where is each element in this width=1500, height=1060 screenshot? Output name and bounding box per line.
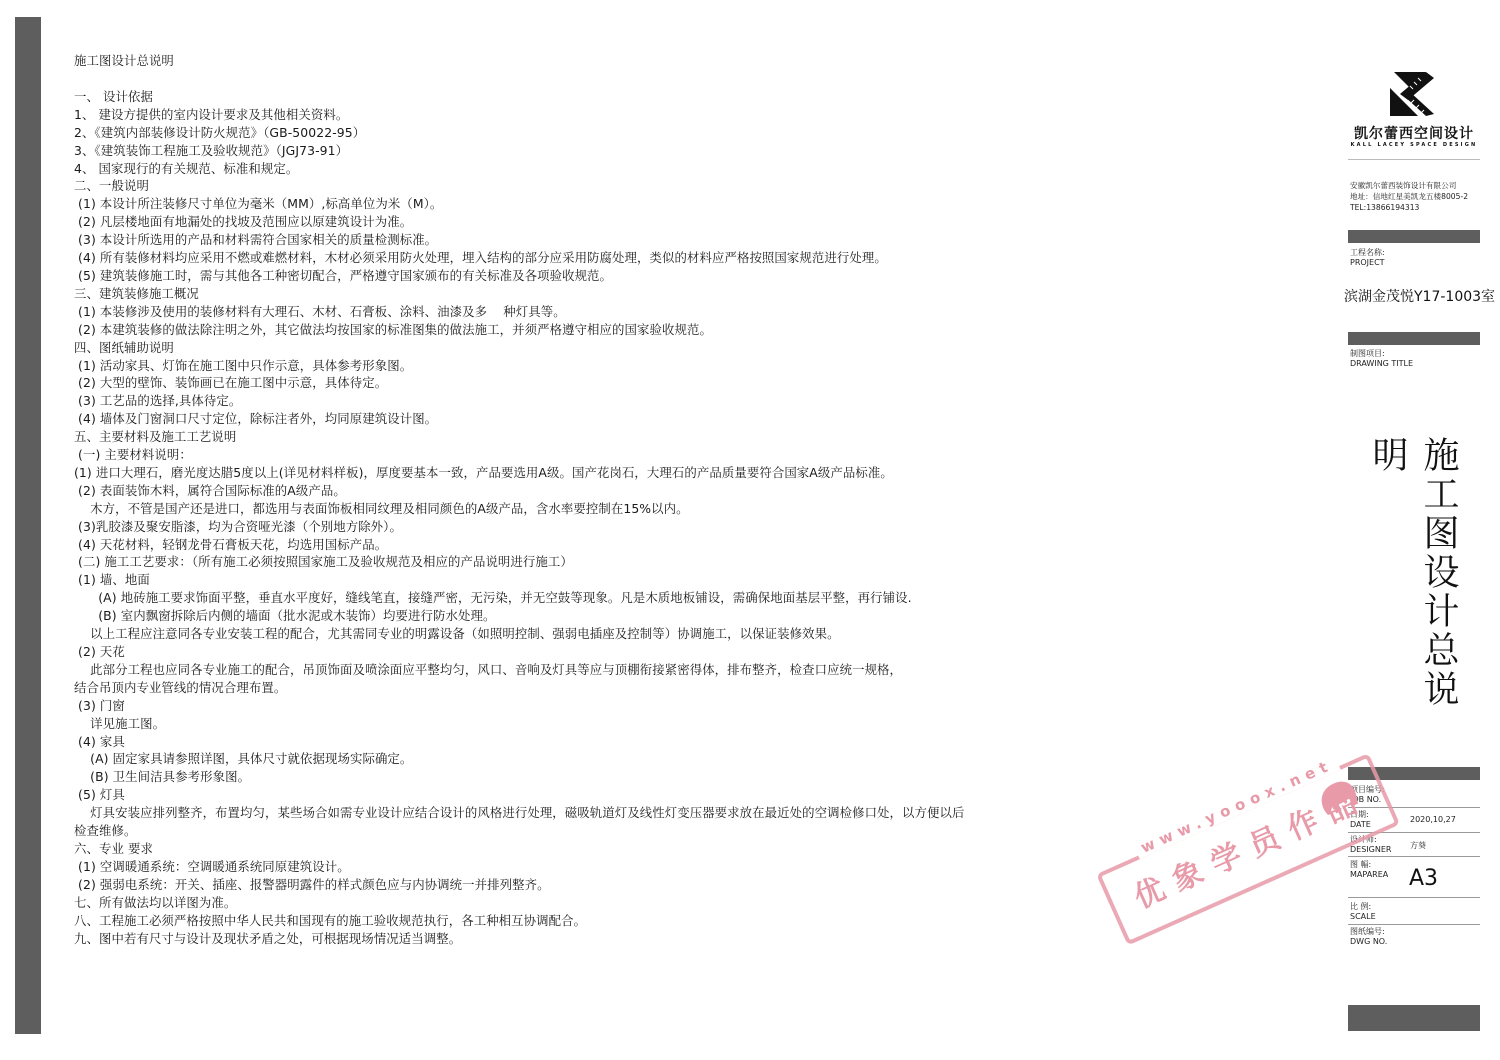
note-line: (一) 主要材料说明： — [74, 446, 1074, 464]
notes-list: 一、 设计依据1、 建设方提供的室内设计要求及其他相关资料。2、《建筑内部装修设… — [74, 88, 1074, 948]
k-ruler-logo-icon — [1388, 70, 1436, 118]
note-line: (2) 天花 — [74, 643, 1074, 661]
maparea-label: 图 幅: MAPAREA — [1350, 860, 1388, 880]
scale-label-en: SCALE — [1350, 912, 1376, 922]
project-label-cn: 工程名称: — [1350, 248, 1385, 258]
note-line: (3) 本设计所选用的产品和材料需符合国家相关的质量检测标准。 — [74, 231, 1074, 249]
dwg-no-label: 图纸编号: DWG NO. — [1350, 927, 1387, 947]
date-value: 2020,10,27 — [1410, 815, 1456, 824]
note-line: (3)乳胶漆及聚安脂漆，均为合资哑光漆（个别地方除外）。 — [74, 518, 1074, 536]
note-line: 结合吊顶内专业管线的情况合理布置。 — [74, 679, 1074, 697]
company-logo-english: KALL LACEY SPACE DESIGN — [1348, 142, 1480, 148]
note-line: 五、主要材料及施工工艺说明 — [74, 428, 1074, 446]
note-line: 此部分工程也应同各专业施工的配合，吊顶饰面及喷涂面应平整均匀，风口、音响及灯具等… — [74, 661, 1074, 679]
note-line: 以上工程应注意同各专业安装工程的配合，尤其需同专业的明露设备（如照明控制、强弱电… — [74, 625, 1074, 643]
note-line: 九、图中若有尺寸与设计及现状矛盾之处，可根据现场情况适当调整。 — [74, 930, 1074, 948]
note-line: (A) 地砖施工要求饰面平整，垂直水平度好，缝线笔直，接缝严密，无污染，并无空鼓… — [74, 589, 1074, 607]
note-line: (1) 本装修涉及使用的装修材料有大理石、木材、石膏板、涂料、油漆及多 种灯具等… — [74, 303, 1074, 321]
note-line: 4、 国家现行的有关规范、标准和规定。 — [74, 160, 1074, 178]
company-logo-name: 凯尔蕾西空间设计 — [1348, 123, 1480, 143]
section-bar — [1348, 1005, 1480, 1031]
note-line: 八、工程施工必须严格按照中华人民共和国现有的施工验收规范执行，各工种相互协调配合… — [74, 912, 1074, 930]
note-line: (1) 活动家具、灯饰在施工图中只作示意，具体参考形象图。 — [74, 357, 1074, 375]
note-line: 二、一般说明 — [74, 177, 1074, 195]
note-line: (二) 施工工艺要求：（所有施工必须按照国家施工及验收规范及相应的产品说明进行施… — [74, 553, 1074, 571]
divider — [1348, 897, 1480, 898]
note-line: 检查维修。 — [74, 822, 1074, 840]
designer-label-en: DESIGNER — [1350, 845, 1391, 855]
note-line: (2) 大型的壁饰、装饰画已在施工图中示意，具体待定。 — [74, 374, 1074, 392]
note-line: (2) 表面装饰木料，属符合国际标准的A级产品。 — [74, 482, 1074, 500]
design-notes: 施工图设计总说明 一、 设计依据1、 建设方提供的室内设计要求及其他相关资料。2… — [74, 52, 1074, 947]
drawing-title-label-en: DRAWING TITLE — [1350, 359, 1413, 369]
divider — [1348, 924, 1480, 925]
company-name: 安徽凯尔蕾西装饰设计有限公司 — [1350, 180, 1468, 191]
dwg-no-label-en: DWG NO. — [1350, 937, 1387, 947]
note-line: (1) 本设计所注装修尺寸单位为毫米（MM）,标高单位为米（M）。 — [74, 195, 1074, 213]
divider — [1348, 159, 1480, 160]
note-line: 四、图纸辅助说明 — [74, 339, 1074, 357]
scale-label: 比 例: SCALE — [1350, 902, 1376, 922]
note-line: 七、所有做法均以详图为准。 — [74, 894, 1074, 912]
title-block: 凯尔蕾西空间设计 KALL LACEY SPACE DESIGN 安徽凯尔蕾西装… — [1348, 0, 1480, 1060]
note-line: (2) 强弱电系统：开关、插座、报警器明露件的样式颜色应与内协调统一并排列整齐。 — [74, 876, 1074, 894]
company-tel: TEL:13866194313 — [1350, 202, 1468, 213]
note-line: 一、 设计依据 — [74, 88, 1074, 106]
note-line: (4) 家具 — [74, 733, 1074, 751]
company-info: 安徽凯尔蕾西装饰设计有限公司 地址：信地红星美凯龙五楼8005-2 TEL:13… — [1350, 180, 1468, 213]
note-line: 灯具安装应排列整齐，布置均匀，某些场合如需专业设计应结合设计的风格进行处理，磁吸… — [74, 804, 1074, 822]
note-line: (2) 本建筑装修的做法除注明之外，其它做法均按国家的标准图集的做法施工，并须严… — [74, 321, 1074, 339]
note-line: 2、《建筑内部装修设计防火规范》（GB-50022-95） — [74, 124, 1074, 142]
note-line: (B) 室内飘窗拆除后内侧的墙面（批水泥或木装饰）均要进行防水处理。 — [74, 607, 1074, 625]
note-line: 三、建筑装修施工概况 — [74, 285, 1074, 303]
note-line: 六、专业 要求 — [74, 840, 1074, 858]
project-label: 工程名称: PROJECT — [1350, 248, 1385, 268]
left-binding-bar — [15, 17, 41, 1034]
note-line: (4) 墙体及门窗洞口尺寸定位，除标注者外，均同原建筑设计图。 — [74, 410, 1074, 428]
drawing-title-vertical: 施工图设计总说明 — [1388, 436, 1438, 728]
project-label-en: PROJECT — [1350, 258, 1385, 268]
note-line: (4) 所有装修材料均应采用不燃或难燃材料，木材必须采用防火处理，埋入结构的部分… — [74, 249, 1074, 267]
dwg-no-label-cn: 图纸编号: — [1350, 927, 1387, 937]
note-line: (3) 工艺品的选择,具体待定。 — [74, 392, 1074, 410]
drawing-title-label-cn: 制图项目: — [1350, 349, 1413, 359]
note-line: 木方，不管是国产还是进口，都选用与表面饰板相同纹理及相同颜色的A级产品，含水率要… — [74, 500, 1074, 518]
note-line: 详见施工图。 — [74, 715, 1074, 733]
drawing-title-label: 制图项目: DRAWING TITLE — [1350, 349, 1413, 369]
section-bar — [1348, 332, 1480, 345]
note-line: 3、《建筑装饰工程施工及验收规范》（JGJ73-91） — [74, 142, 1074, 160]
note-line: (3) 门窗 — [74, 697, 1074, 715]
note-line: (B) 卫生间洁具参考形象图。 — [74, 768, 1074, 786]
maparea-label-cn: 图 幅: — [1350, 860, 1388, 870]
maparea-value: A3 — [1409, 866, 1438, 891]
watermark-stamp: www.yooox.net 优象学员作品 — [1088, 734, 1391, 920]
note-line: (4) 天花材料，轻钢龙骨石膏板天花，均选用国标产品。 — [74, 536, 1074, 554]
maparea-label-en: MAPAREA — [1350, 870, 1388, 880]
divider — [1348, 856, 1480, 857]
section-bar — [1348, 230, 1480, 243]
note-line: (5) 建筑装修施工时，需与其他各工种密切配合，严格遵守国家颁布的有关标准及各项… — [74, 267, 1074, 285]
note-line: (5) 灯具 — [74, 786, 1074, 804]
note-line: (2) 凡层楼地面有地漏处的找坡及范围应以原建筑设计为准。 — [74, 213, 1074, 231]
note-line: (1) 空调暖通系统：空调暖通系统同原建筑设计。 — [74, 858, 1074, 876]
document-title: 施工图设计总说明 — [74, 52, 1074, 70]
designer-value: 方葵 — [1410, 840, 1426, 851]
scale-label-cn: 比 例: — [1350, 902, 1376, 912]
note-line: (1) 进口大理石，磨光度达腊5度以上(详见材料样板)，厚度要基本一致，产品要选… — [74, 464, 1074, 482]
note-line: (A) 固定家具请参照详图，具体尺寸就依据现场实际确定。 — [74, 750, 1074, 768]
company-address: 地址：信地红星美凯龙五楼8005-2 — [1350, 191, 1468, 202]
project-name: 滨湖金茂悦Y17-1003室 — [1344, 286, 1495, 306]
note-line: 1、 建设方提供的室内设计要求及其他相关资料。 — [74, 106, 1074, 124]
note-line: (1) 墙、地面 — [74, 571, 1074, 589]
